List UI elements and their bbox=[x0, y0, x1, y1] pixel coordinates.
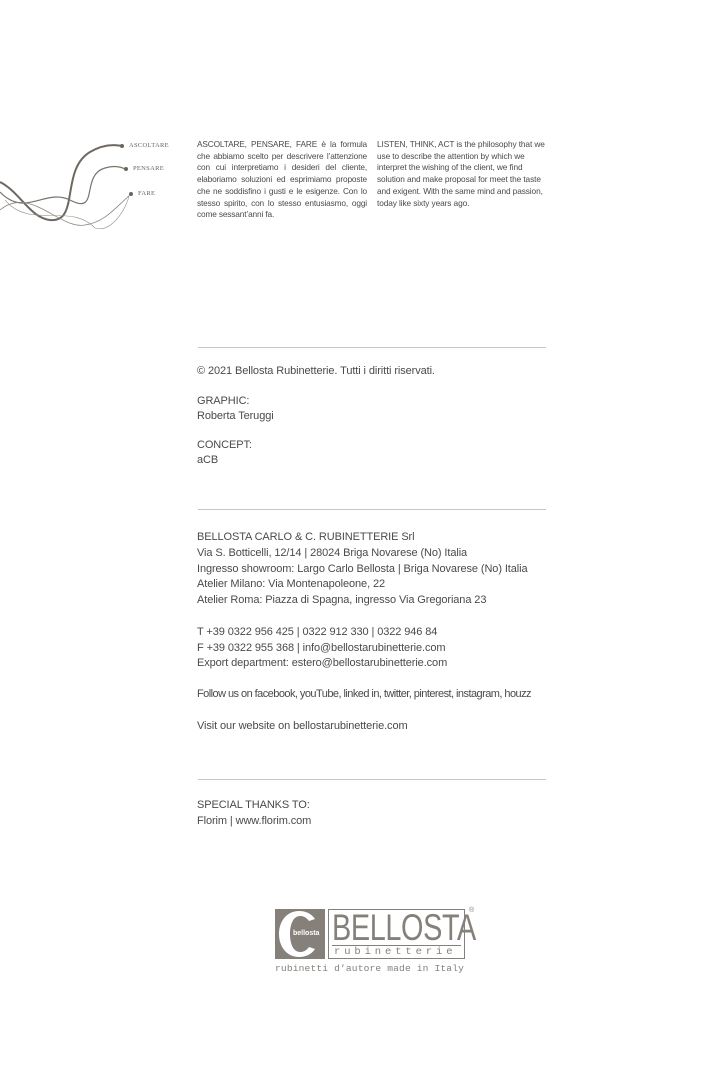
ribbon-illustration: ASCOLTARE PENSARE FARE bbox=[0, 130, 180, 235]
ribbon-label-pensare: PENSARE bbox=[133, 165, 164, 172]
logo-c-mark-icon: bellosta bbox=[275, 909, 325, 959]
concept-name: aCB bbox=[197, 453, 218, 469]
logo-brand: BELLOSTA bbox=[332, 907, 476, 949]
divider bbox=[198, 347, 546, 348]
divider bbox=[198, 509, 546, 510]
copyright-text: © 2021 Bellosta Rubinetterie. Tutti i di… bbox=[197, 364, 435, 380]
philosophy-english: LISTEN, THINK, ACT is the philosophy tha… bbox=[377, 139, 547, 209]
company-address: Via S. Botticelli, 12/14 | 28024 Briga N… bbox=[197, 546, 467, 562]
pensare-dot-icon bbox=[124, 167, 128, 171]
graphic-label: GRAPHIC: bbox=[197, 394, 249, 410]
export-email: Export department: estero@bellostarubine… bbox=[197, 656, 447, 672]
ribbon-label-ascoltare: ASCOLTARE bbox=[129, 142, 169, 149]
logo-wordmark: BELLOSTA rubinetterie bbox=[328, 909, 465, 959]
atelier-roma: Atelier Roma: Piazza di Spagna, ingresso… bbox=[197, 593, 486, 609]
website-text: Visit our website on bellostarubinetteri… bbox=[197, 719, 408, 735]
social-links: Follow us on facebook, youTube, linked i… bbox=[197, 687, 531, 703]
atelier-milano: Atelier Milano: Via Montenapoleone, 22 bbox=[197, 577, 385, 593]
logo-mark-text: bellosta bbox=[293, 930, 319, 937]
thanks-label: SPECIAL THANKS TO: bbox=[197, 798, 310, 814]
divider bbox=[198, 779, 546, 780]
registered-icon: ® bbox=[469, 907, 474, 914]
graphic-name: Roberta Teruggi bbox=[197, 409, 274, 425]
philosophy-italian: ASCOLTARE, PENSARE, FARE è la formula ch… bbox=[197, 139, 367, 221]
concept-label: CONCEPT: bbox=[197, 438, 252, 454]
fare-dot-icon bbox=[129, 192, 133, 196]
phone-numbers: T +39 0322 956 425 | 0322 912 330 | 0322… bbox=[197, 625, 437, 641]
company-showroom: Ingresso showroom: Largo Carlo Bellosta … bbox=[197, 562, 527, 578]
logo-tagline: rubinetti d’autore made in Italy bbox=[275, 963, 464, 974]
thanks-value: Florim | www.florim.com bbox=[197, 814, 311, 830]
logo-sub: rubinetterie bbox=[334, 946, 456, 958]
ribbon-label-fare: FARE bbox=[138, 190, 155, 197]
company-name: BELLOSTA CARLO & C. RUBINETTERIE Srl bbox=[197, 530, 414, 546]
fax-email: F +39 0322 955 368 | info@bellostarubine… bbox=[197, 641, 445, 657]
ascoltare-dot-icon bbox=[120, 144, 124, 148]
